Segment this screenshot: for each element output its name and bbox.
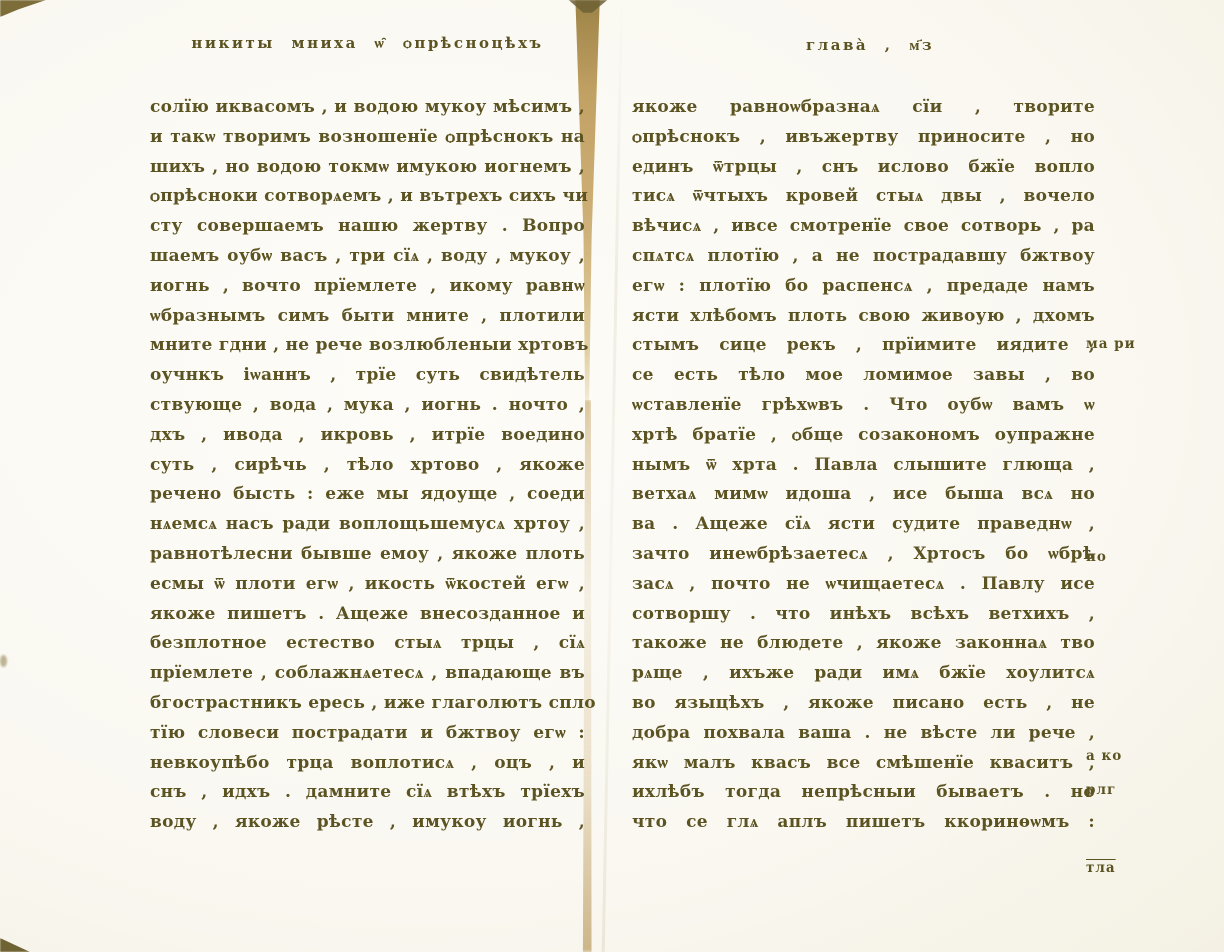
text-line: сотворшу . что инѣхъ всѣхъ ветхихъ ,	[632, 600, 1095, 630]
text-line: тїю словеси пострадати и бжтвоу егѡ :	[150, 719, 585, 749]
text-line: ѡбразнымъ симъ быти мните , плотили	[150, 302, 585, 332]
text-line: ѻпрѣсноки сотворѧемъ , и вътрехъ сихъ чи	[150, 182, 585, 212]
text-line: якѡ малъ квасъ все смѣшенїе кваситъ ,	[632, 749, 1095, 779]
text-line: единъ ѿтрцы , снъ ислово бжїе вопло	[632, 153, 1095, 183]
margin-note-reference: а ко	[1086, 748, 1218, 764]
corner-stain-top-left	[0, 0, 46, 17]
text-line: такоже не блюдете , якоже законнаѧ тво	[632, 629, 1095, 659]
text-line: прїемлете , соблажнѧетесѧ , впадающе въ	[150, 659, 585, 689]
text-line: невкоупѣбо трца воплотисѧ , оцъ , и	[150, 749, 585, 779]
text-line: ва . Ащеже сїѧ ясти судите праведнѡ ,	[632, 510, 1095, 540]
text-line: вѣчисѧ , ивсе смотренїе свое сотворь , р…	[632, 212, 1095, 242]
text-line: стымъ сице рекъ , прїимите иядите ,	[632, 331, 1095, 361]
edge-smudge	[0, 655, 7, 667]
text-line: се есть тѣло мое ломимое завы , во	[632, 361, 1095, 391]
text-line: ѻпрѣснокъ , ивъжертву приносите , но	[632, 123, 1095, 153]
text-line: якоже пишетъ . Ащеже внесозданное и	[150, 600, 585, 630]
text-line: снъ , идхъ . дамните сїѧ втѣхъ трїехъ	[150, 778, 585, 808]
text-line: тисѧ ѿчтыхъ кровей стыѧ двы , вочело	[632, 182, 1095, 212]
text-line: шихъ , но водою токмѡ имукою иогнемъ ,	[150, 153, 585, 183]
text-line: дхъ , ивода , икровь , итрїе воедино	[150, 421, 585, 451]
catchword: тла	[1086, 860, 1116, 876]
margin-note-reference: ма ри	[1086, 336, 1218, 352]
left-page-text: солїю иквасомъ , и водою мукоу мѣсимъ , …	[150, 93, 585, 838]
text-line: во языцѣхъ , якоже писано есть , не	[632, 689, 1095, 719]
chapter-heading: глава̀ , м҃з	[740, 36, 1000, 55]
text-line: есмы ѿ плоти егѡ , икость ѿкостей егѡ ,	[150, 570, 585, 600]
gutter-top-shadow	[565, 0, 611, 13]
text-line: ветхаѧ мимѡ идоша , исе быша всѧ но	[632, 480, 1095, 510]
text-line: оучнкъ іѡаннъ , трїе суть свидѣтель	[150, 361, 585, 391]
text-line: иогнь , вочто прїемлете , икому равнѡ	[150, 272, 585, 302]
margin-note-reference: по	[1086, 549, 1218, 565]
right-page-text: якоже равноѡбразнаѧ сїи , творите ѻпрѣсн…	[632, 93, 1095, 838]
text-line: зачто инеѡбрѣзаетесѧ , Хртосъ бо ѡбрѣ	[632, 540, 1095, 570]
text-line: воду , якоже рѣсте , имукоу иогнь ,	[150, 808, 585, 838]
text-line: хртѣ братїе , ѻбще созакономъ оупражне	[632, 421, 1095, 451]
text-line: спѧтсѧ плотїю , а не пострадавшу бжтвоу	[632, 242, 1095, 272]
text-line: солїю иквасомъ , и водою мукоу мѣсимъ ,	[150, 93, 585, 123]
margin-note-reference: рлг	[1086, 782, 1218, 798]
text-line: равнотѣлесни бывше емоу , якоже плоть	[150, 540, 585, 570]
page-fold-crease	[602, 0, 623, 952]
text-line: шаемъ оубѡ васъ , три сїѧ , воду , мукоу…	[150, 242, 585, 272]
text-line: что се глѧ аплъ пишетъ ккоринѳѡмъ :	[632, 808, 1095, 838]
text-line: ствующе , вода , мука , иогнь . ночто ,	[150, 391, 585, 421]
text-line: суть , сирѣчь , тѣло хртово , якоже	[150, 451, 585, 481]
text-line: речено бысть : еже мы ядоуще , соеди	[150, 480, 585, 510]
text-line: нымъ ѿ хрта . Павла слышите глюща ,	[632, 451, 1095, 481]
text-line: мните гдни , не рече возлюбленыи хртовъ	[150, 331, 585, 361]
text-line: рѧще , ихъже ради имѧ бжїе хоулитсѧ	[632, 659, 1095, 689]
text-line: якоже равноѡбразнаѧ сїи , творите	[632, 93, 1095, 123]
text-line: засѧ , почто не ѡчищаетесѧ . Павлу исе	[632, 570, 1095, 600]
running-title-left: никиты мниха ѡ̑ ѻпрѣсноцѣхъ	[150, 34, 585, 53]
book-scan: никиты мниха ѡ̑ ѻпрѣсноцѣхъ солїю иквасо…	[0, 0, 1224, 952]
text-line: нѧемсѧ насъ ради воплощьшемусѧ хртоу ,	[150, 510, 585, 540]
text-line: добра похвала ваша . не вѣсте ли рече ,	[632, 719, 1095, 749]
text-line: и такѡ творимъ возношенїе ѻпрѣснокъ на	[150, 123, 585, 153]
corner-stain-bottom-left	[0, 938, 30, 952]
text-line: егѡ : плотїю бо распенсѧ , предаде намъ	[632, 272, 1095, 302]
text-line: сту совершаемъ нашю жертву . Вопро	[150, 212, 585, 242]
text-line: ихлѣбъ тогда непрѣсныи бываетъ . но	[632, 778, 1095, 808]
text-line: ясти хлѣбомъ плоть свою живоую , дхомъ	[632, 302, 1095, 332]
text-line: безплотное естество стыѧ трцы , сїѧ	[150, 629, 585, 659]
text-line: бгострастникъ ересь , иже глаголютъ спло	[150, 689, 585, 719]
text-line: ѡставленїе грѣхѡвъ . Что оубѡ вамъ ѡ	[632, 391, 1095, 421]
